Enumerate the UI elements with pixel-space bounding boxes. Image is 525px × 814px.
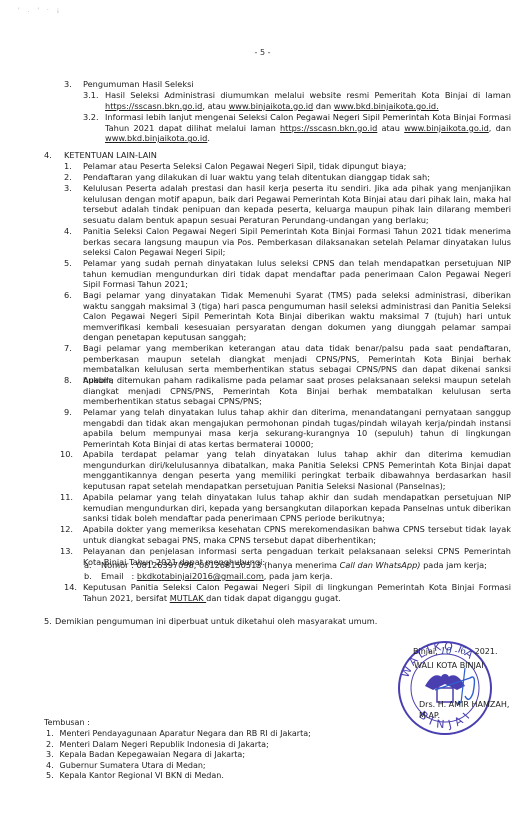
- provision-number: 4.: [64, 226, 72, 237]
- provision-number: 13.: [60, 546, 73, 557]
- copy-recipient: 4. Gubernur Sumatera Utara di Medan;: [46, 761, 311, 772]
- provision-number: 7.: [64, 343, 72, 354]
- provision-text: Apabila terdapat pelamar yang telah diny…: [83, 449, 511, 491]
- provision-number: 10.: [60, 449, 73, 460]
- provision-number: 11.: [60, 492, 73, 503]
- signature-date: Binjai, 10 - 6 - 2021.: [413, 647, 498, 658]
- provision-number: 9.: [64, 407, 72, 418]
- provision-text: Bagi pelamar yang dinyatakan Tidak Memen…: [83, 290, 511, 343]
- copy-recipient: 3. Kepala Badan Kepegawaian Negara di Ja…: [46, 750, 311, 761]
- provision-number: 12.: [60, 524, 73, 535]
- item-3-2-text: Informasi lebih lanjut mengenai Seleksi …: [105, 112, 511, 144]
- provision-number: 2.: [64, 172, 72, 183]
- section-4-title: KETENTUAN LAIN-LAIN: [64, 150, 157, 161]
- item-3-2-number: 3.2.: [83, 112, 99, 123]
- provision-number: 8.: [64, 375, 72, 386]
- item-3-1-links: https://sscasn.bkn.go.id, atau www.binja…: [105, 101, 511, 112]
- signatory-title: WALI KOTA BINJAI: [414, 661, 484, 672]
- copies-list: 1. Menteri Pendayagunaan Aparatur Negara…: [46, 729, 311, 782]
- link-binjaikota-2[interactable]: www.binjaikota.go.id: [404, 123, 489, 133]
- provision-text: Pendaftaran yang dilakukan di luar waktu…: [83, 172, 511, 183]
- section-5-text: Demikian pengumuman ini diperbuat untuk …: [55, 616, 377, 627]
- copies-title: Tembusan :: [44, 718, 90, 729]
- section-4-number: 4.: [44, 150, 52, 161]
- provision-text: Kelulusan Peserta adalah prestasi dan ha…: [83, 183, 511, 225]
- signatory-name: Drs. H. AMIR HAMZAH, M.AP.: [419, 700, 525, 721]
- link-bkd-binjaikota-2[interactable]: www.bkd.binjaikota.go.id: [105, 133, 207, 143]
- copy-recipient: 1. Menteri Pendayagunaan Aparatur Negara…: [46, 729, 311, 740]
- provision-text: Pelamar atau Peserta Seleksi Calon Pegaw…: [83, 161, 511, 172]
- email-link[interactable]: bkdkotabinjai2016@gmail.com: [137, 571, 264, 581]
- contact-b-letter: b.: [84, 571, 92, 582]
- contact-a-letter: a.: [84, 560, 92, 571]
- provision-text: Panitia Seleksi Calon Pegawai Negeri Sip…: [83, 226, 511, 258]
- link-binjaikota[interactable]: www.binjaikota.go.id: [229, 101, 314, 111]
- page-number: - 5 -: [0, 48, 525, 59]
- provision-number: 3.: [64, 183, 72, 194]
- contact-email: Email : bkdkotabinjai2016@gmail.com, pad…: [101, 571, 521, 582]
- provision-text: Apabila pelamar yang telah dinyatakan lu…: [83, 492, 511, 524]
- copy-recipient: 2. Menteri Dalam Negeri Republik Indones…: [46, 740, 311, 751]
- item-3-1-number: 3.1.: [83, 90, 99, 101]
- copy-recipient: 5. Kepala Kantor Regional VI BKN di Meda…: [46, 771, 311, 782]
- link-sscasn[interactable]: https://sscasn.bkn.go.id: [105, 101, 202, 111]
- provision-number: 1.: [64, 161, 72, 172]
- provision-number: 6.: [64, 290, 72, 301]
- item-14-number: 14.: [64, 582, 77, 593]
- section-5-number: 5.: [44, 616, 52, 627]
- item-14-text: Keputusan Panitia Seleksi Calon Pegawai …: [83, 582, 511, 603]
- link-bkd-binjaikota[interactable]: www.bkd.binjaikota.go.id.: [334, 101, 439, 111]
- provision-text: Apabila dokter yang memeriksa kesehatan …: [83, 524, 511, 545]
- svg-text:WALIKOTA: WALIKOTA: [399, 640, 479, 680]
- provision-text: Pelamar yang sudah pernah dinyatakan lul…: [83, 258, 511, 290]
- section-3-title: Pengumuman Hasil Seleksi: [83, 79, 194, 90]
- contact-phone: Nomor : 08126397098, 081268150513 (hanya…: [101, 560, 521, 571]
- link-sscasn-2[interactable]: https://sscasn.bkn.go.id: [280, 123, 377, 133]
- provision-text: Pelamar yang telah dinyatakan lulus taha…: [83, 407, 511, 449]
- provision-text: Apabila ditemukan paham radikalisme pada…: [83, 375, 511, 407]
- section-3-number: 3.: [64, 79, 72, 90]
- scan-artifacts: ' . ' · ¡: [18, 6, 62, 17]
- provision-number: 5.: [64, 258, 72, 269]
- item-3-1-text: Hasil Seleksi Administrasi diumumkan mel…: [105, 90, 511, 101]
